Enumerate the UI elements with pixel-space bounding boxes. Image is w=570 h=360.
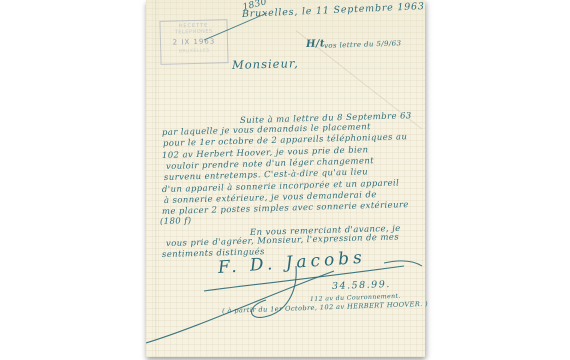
stamp-line: TELEPHONES <box>161 28 227 36</box>
stamp-date: 2 IX 1963 <box>161 37 227 47</box>
scanned-letter-page: { "colors": { "ink": "#2e6e7e", "paper":… <box>0 0 570 360</box>
reference-line: vos lettre du 5/9/63 <box>324 39 402 50</box>
letter-paper: RECETTE TELEPHONES 2 IX 1963 BRUXELLES 1… <box>146 0 425 357</box>
signature-phone: 34.58.99. <box>332 279 391 292</box>
stamp-line: BRUXELLES <box>161 48 227 55</box>
reference-mark: H/t <box>306 38 325 50</box>
signature-tail <box>384 261 422 266</box>
paper-crease <box>155 0 157 357</box>
body-line: vous prie d'agréer, Monsieur, l'expressi… <box>166 232 399 249</box>
body-line: (180 f) <box>160 216 192 227</box>
place-date-line: Bruxelles, le 11 Septembre 1963 <box>242 1 425 20</box>
salutation: Monsieur, <box>232 56 299 72</box>
postal-date-stamp: RECETTE TELEPHONES 2 IX 1963 BRUXELLES <box>159 19 228 65</box>
